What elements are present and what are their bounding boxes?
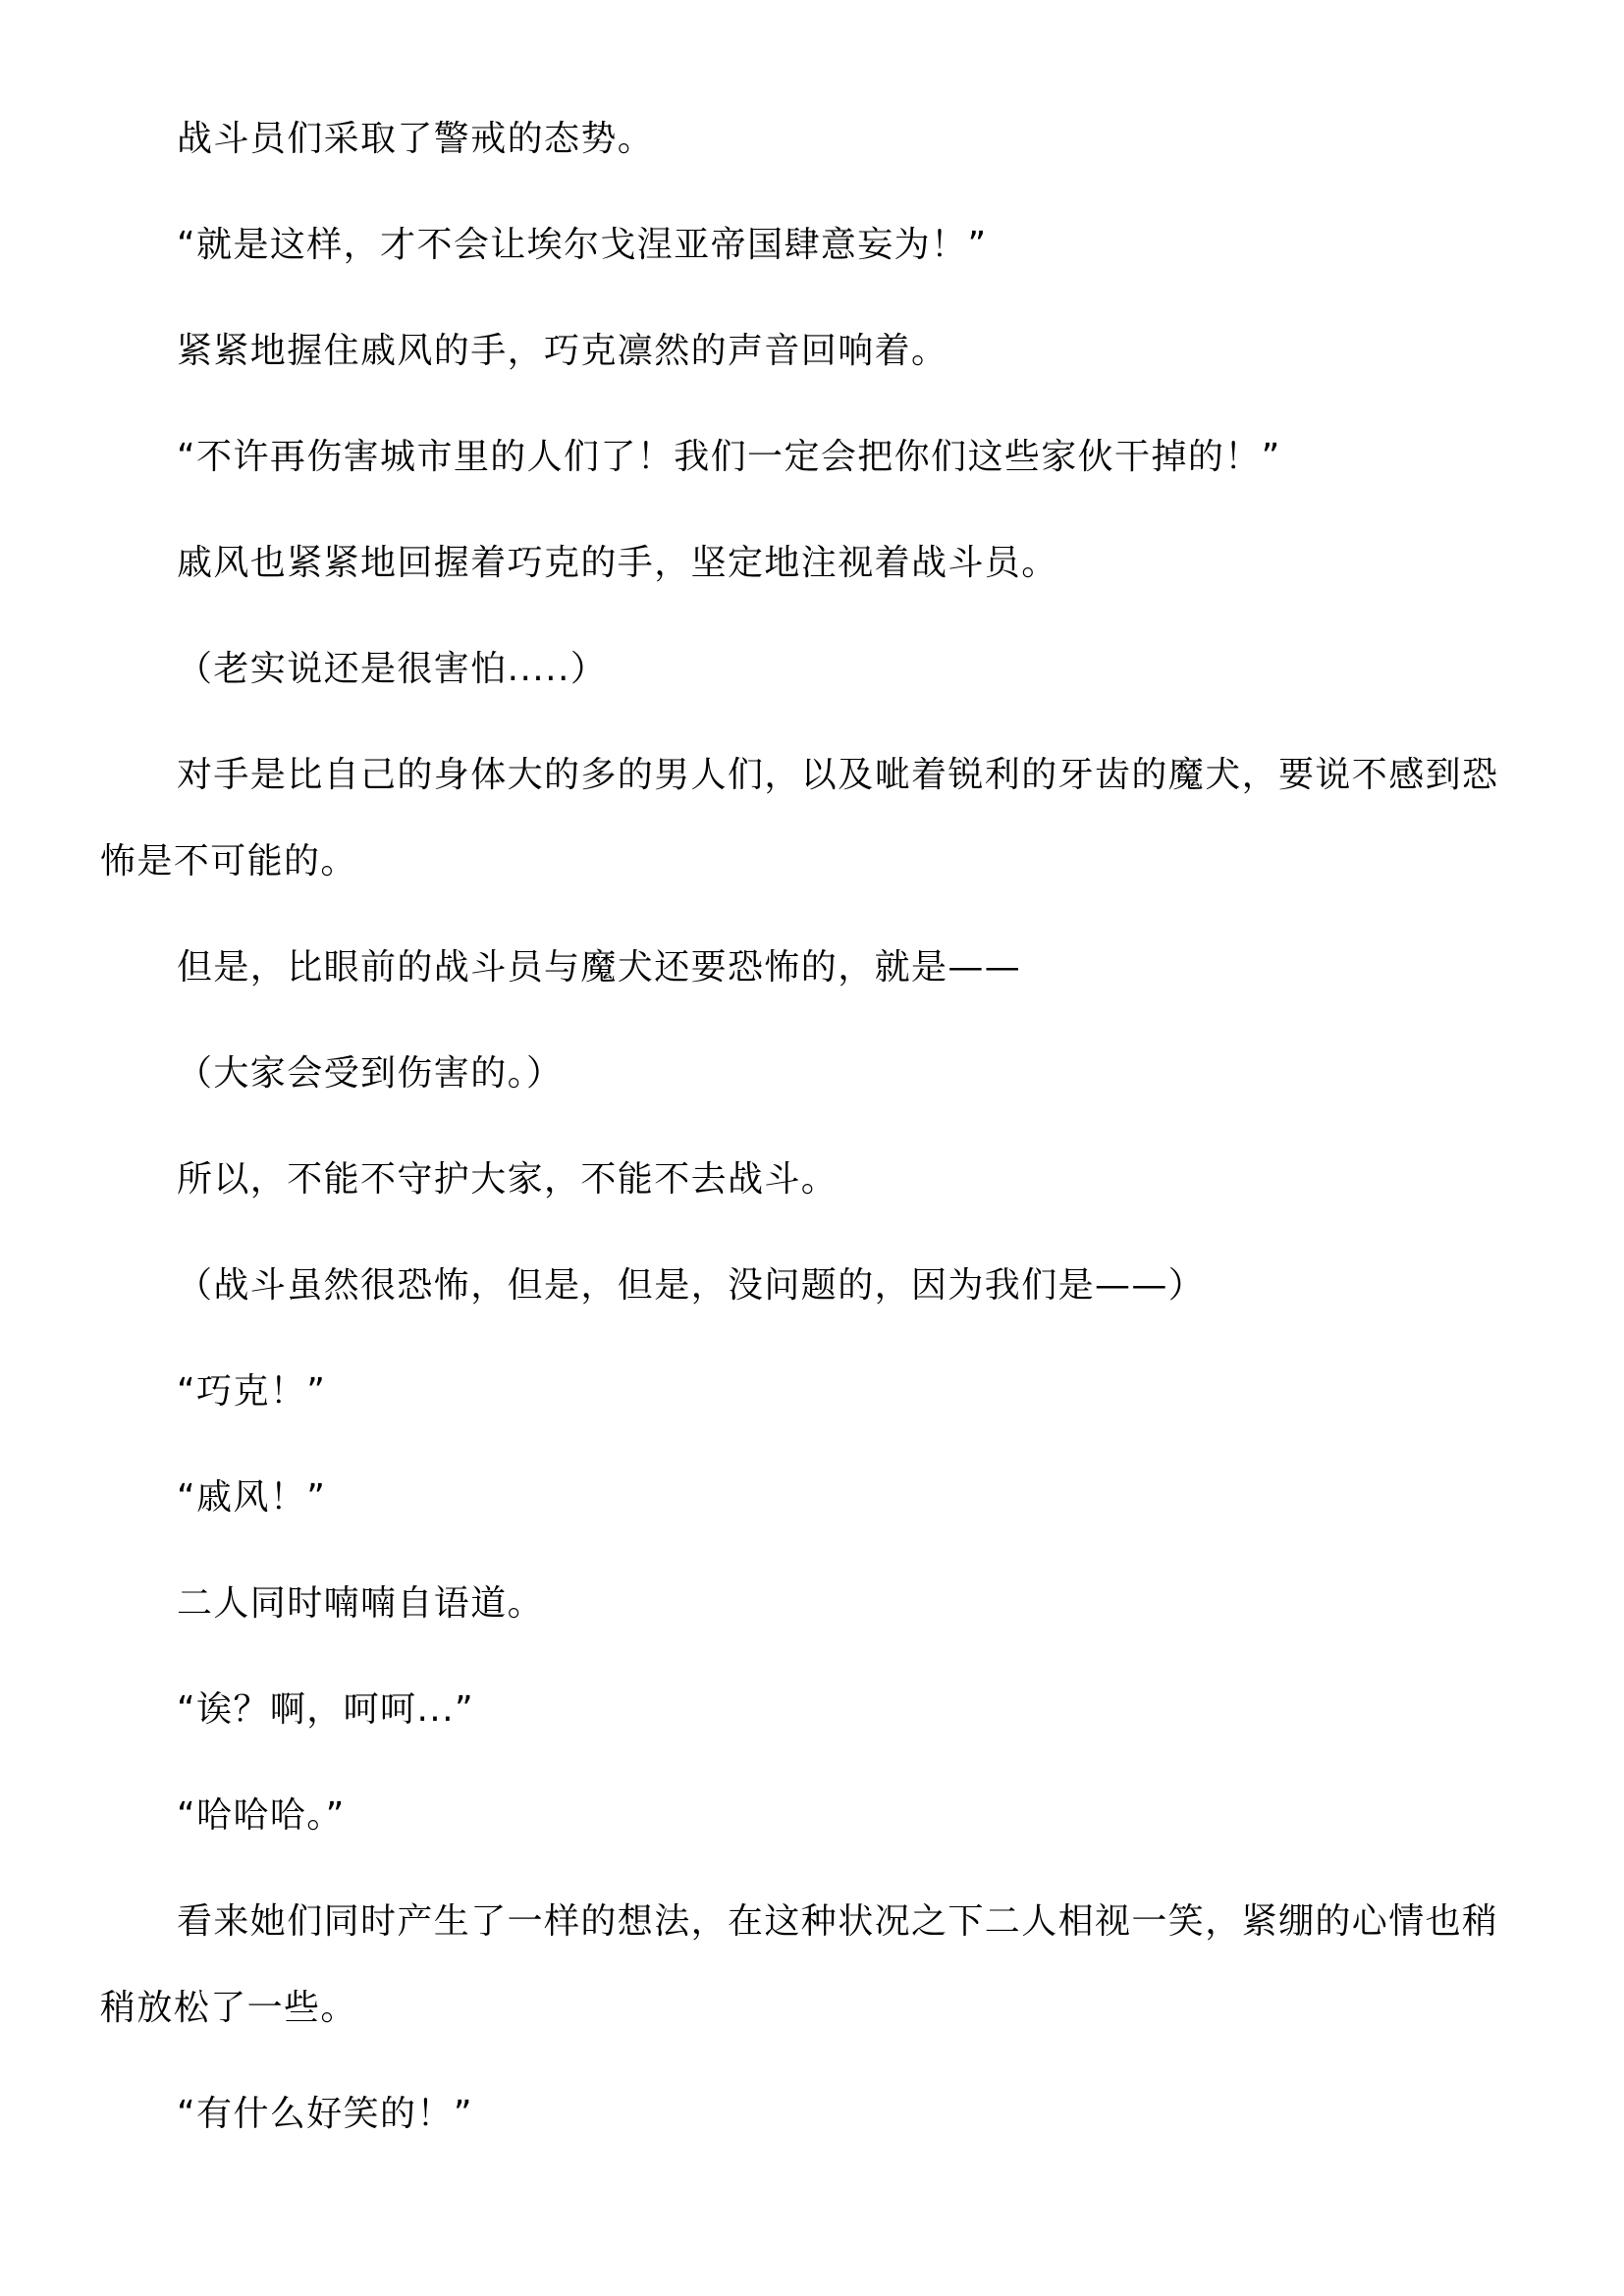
paragraph: “诶？啊，呵呵...” — [100, 1667, 1519, 1753]
paragraph: （老实说还是很害怕.....） — [100, 626, 1519, 713]
paragraph: 看来她们同时产生了一样的想法，在这种状况之下二人相视一笑，紧绷的心情也稍稍放松了… — [100, 1879, 1519, 2052]
paragraph: 对手是比自己的身体大的多的男人们，以及呲着锐利的牙齿的魔犬，要说不感到恐怖是不可… — [100, 732, 1519, 905]
paragraph: （战斗虽然很恐怖，但是，但是，没问题的，因为我们是——） — [100, 1243, 1519, 1329]
paragraph: 二人同时喃喃自语道。 — [100, 1561, 1519, 1647]
paragraph: 所以，不能不守护大家，不能不去战斗。 — [100, 1137, 1519, 1223]
paragraph: “不许再伤害城市里的人们了！我们一定会把你们这些家伙干掉的！” — [100, 414, 1519, 501]
paragraph: 战斗员们采取了警戒的态势。 — [100, 96, 1519, 183]
paragraph: 戚风也紧紧地回握着巧克的手，坚定地注视着战斗员。 — [100, 520, 1519, 607]
document-page: 战斗员们采取了警戒的态势。 “就是这样，才不会让埃尔戈涅亚帝国肆意妄为！” 紧紧… — [0, 0, 1624, 2296]
paragraph: 紧紧地握住戚风的手，巧克凛然的声音回响着。 — [100, 308, 1519, 395]
paragraph: “就是这样，才不会让埃尔戈涅亚帝国肆意妄为！” — [100, 202, 1519, 289]
paragraph: “戚风！” — [100, 1455, 1519, 1541]
paragraph: （大家会受到伤害的。） — [100, 1031, 1519, 1117]
paragraph: 但是，比眼前的战斗员与魔犬还要恐怖的，就是—— — [100, 925, 1519, 1011]
paragraph: “巧克！” — [100, 1349, 1519, 1435]
paragraph: “哈哈哈。” — [100, 1773, 1519, 1859]
paragraph: “有什么好笑的！” — [100, 2071, 1519, 2158]
document-body: 战斗员们采取了警戒的态势。 “就是这样，才不会让埃尔戈涅亚帝国肆意妄为！” 紧紧… — [100, 96, 1519, 2177]
